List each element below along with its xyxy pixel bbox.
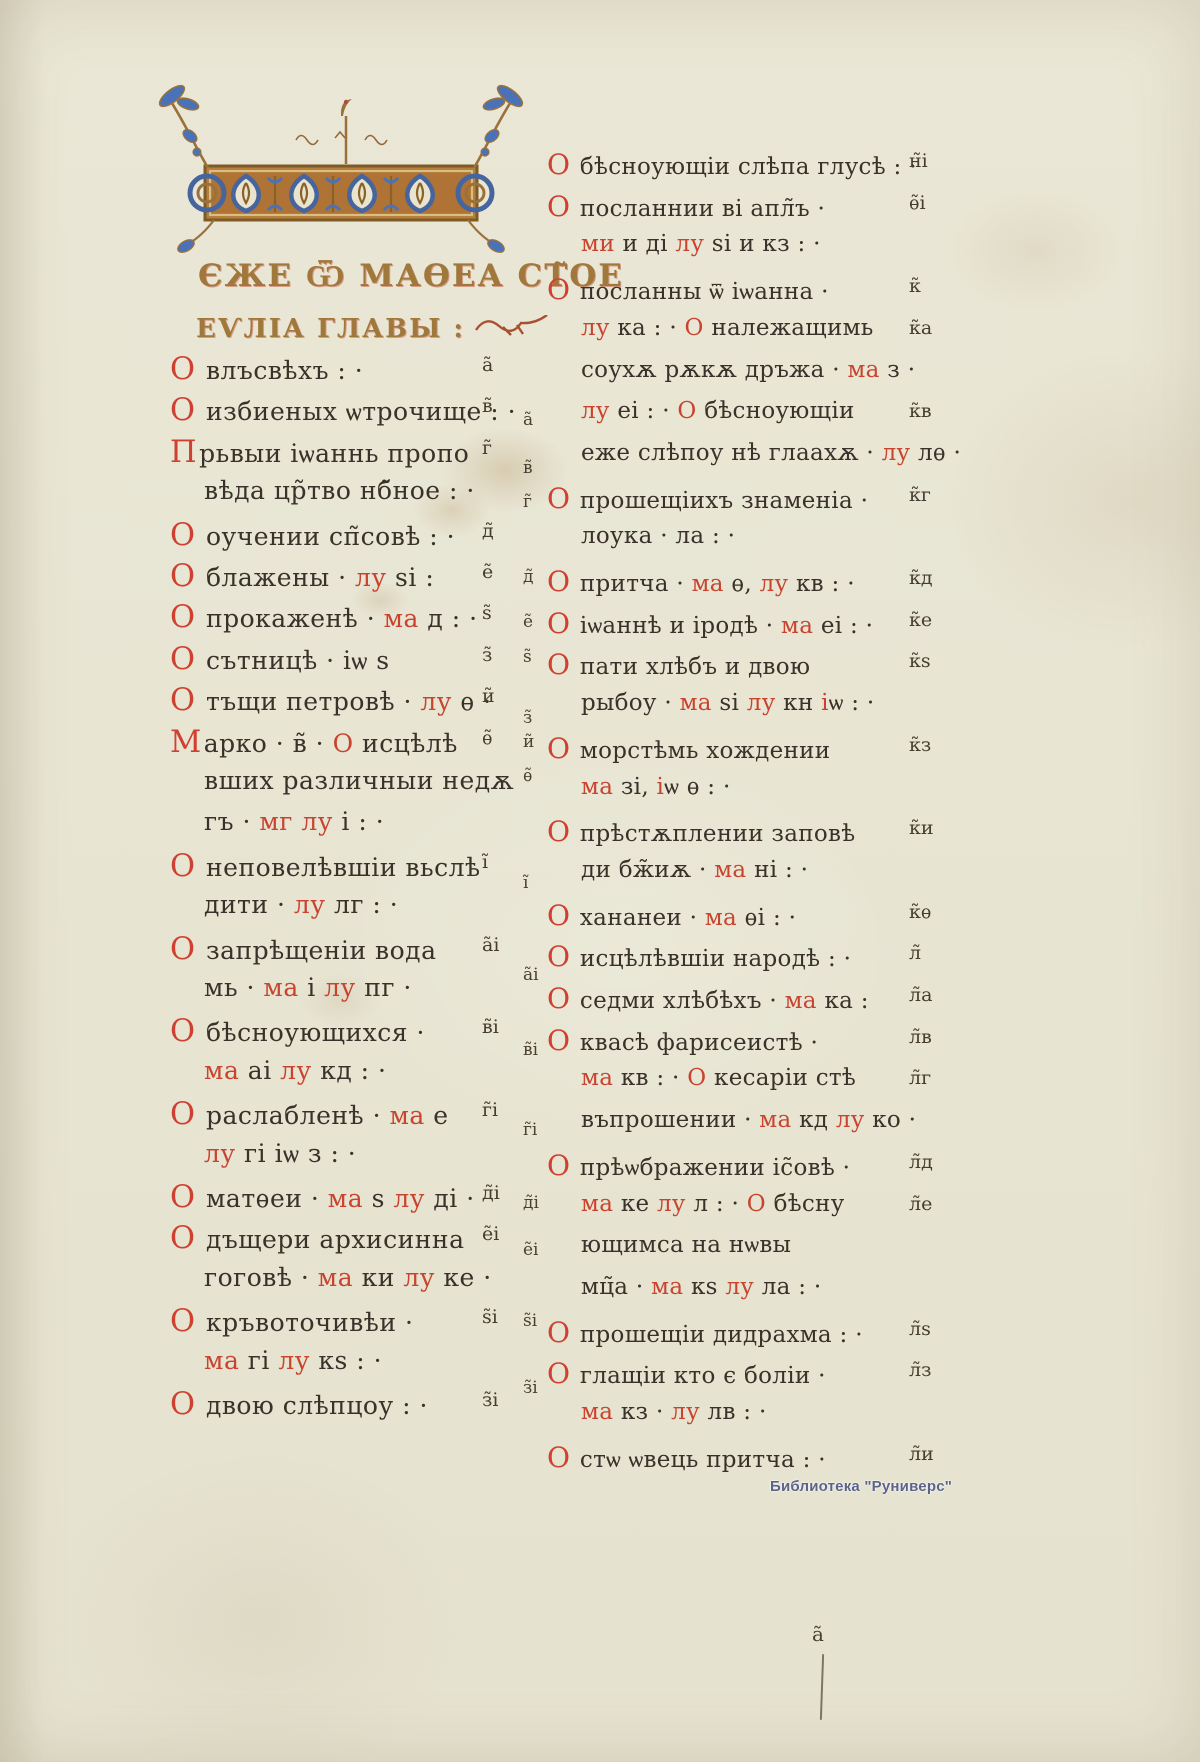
manuscript-line: О матѳеи · ма ѕ лу ді ·д̃і bbox=[170, 1180, 522, 1215]
gospel-reference: мг лу bbox=[251, 807, 333, 836]
pen-stroke-mark bbox=[820, 1654, 824, 1720]
text-run: кв : · bbox=[788, 571, 854, 597]
manuscript-line: вѣда цр̃тво нб̃ное : · bbox=[170, 476, 522, 505]
gospel-reference: лу bbox=[316, 973, 356, 1002]
text-run: і bbox=[299, 973, 316, 1002]
text-run: іѡаннѣ и іродѣ · bbox=[572, 613, 773, 639]
rubric-initial: О bbox=[547, 273, 572, 306]
manuscript-line: О посланны ѿ іѡанна ·к̃ bbox=[547, 273, 947, 306]
rubric-initial: О bbox=[170, 1221, 198, 1256]
library-watermark: Библиотека "Руниверс" bbox=[770, 1478, 952, 1495]
text-run: оучении сп̃совѣ : · bbox=[198, 522, 456, 551]
margin-chapter-number: ѳ̃і bbox=[909, 192, 926, 214]
gospel-reference: ма bbox=[581, 1399, 613, 1425]
page-title-line-2: ЕѴЛІА ГЛАВЫ : bbox=[196, 314, 557, 346]
text-run: бѣсноующіи слѣпа глусѣ : · bbox=[572, 154, 916, 180]
text-run: гі bbox=[239, 1346, 270, 1375]
rubric-initial: О bbox=[547, 1149, 572, 1182]
text-run: л : · bbox=[686, 1191, 739, 1217]
gospel-reference: лу bbox=[739, 690, 775, 716]
text-run: ѡ ѳ : · bbox=[664, 774, 730, 800]
margin-chapter-number: з̃і bbox=[482, 1389, 498, 1411]
text-run: сътницѣ · іѡ ѕ bbox=[198, 646, 390, 675]
manuscript-line: О прошещіи дидрахма : ·л̃ѕ bbox=[547, 1316, 947, 1349]
margin-chapter-number: к̃е bbox=[909, 609, 932, 631]
text-run: и ді bbox=[615, 231, 668, 257]
margin-chapter-number: л̃в bbox=[909, 1026, 932, 1048]
gutter-numeral: и̃ bbox=[523, 732, 534, 752]
gospel-reference: О bbox=[324, 729, 353, 758]
text-run: ні : · bbox=[746, 857, 808, 883]
gospel-reference: ма bbox=[581, 1065, 613, 1091]
gospel-reference: і bbox=[649, 774, 664, 800]
text-run: прѣстѫплении заповѣ bbox=[572, 821, 855, 847]
text-run: квасѣ фарисеистѣ · bbox=[572, 1030, 818, 1056]
text-run: д : · bbox=[419, 604, 478, 633]
gospel-reference: О bbox=[677, 315, 704, 341]
gospel-reference: лу bbox=[204, 1139, 236, 1168]
text-run: кѕ : · bbox=[310, 1346, 382, 1375]
rubric-initial: О bbox=[547, 1441, 572, 1474]
title-flourish-icon bbox=[473, 315, 557, 346]
margin-chapter-number: л̃ bbox=[909, 942, 921, 964]
gospel-reference: лу bbox=[581, 315, 610, 341]
gospel-reference: ма bbox=[581, 1191, 613, 1217]
manuscript-line: О стѡ ѡвець притча : ·л̃и bbox=[547, 1441, 947, 1474]
gutter-numeral: д̃ bbox=[523, 567, 533, 587]
manuscript-line: О влъсвѣхъ : ·а̃ bbox=[170, 352, 522, 387]
gospel-reference: лу bbox=[385, 1184, 425, 1213]
manuscript-line: мь · ма і лу пг · bbox=[170, 973, 522, 1002]
manuscript-line: О запрѣщеніи водаа̃і bbox=[170, 932, 522, 967]
rubric-initial: О bbox=[170, 393, 198, 428]
margin-chapter-number: к̃ bbox=[909, 275, 921, 297]
text-run: ка : · bbox=[610, 315, 677, 341]
margin-chapter-number: в̃ bbox=[482, 395, 493, 417]
text-run: лоука · ла : · bbox=[581, 523, 735, 549]
manuscript-line: О двою слѣпцоу : ·з̃і bbox=[170, 1387, 522, 1422]
gospel-reference: і bbox=[813, 690, 828, 716]
text-run: ющимса на нѡвы bbox=[581, 1232, 791, 1258]
margin-chapter-number: к̃з bbox=[909, 734, 931, 756]
text-run: ди бж̃иѫ · bbox=[581, 857, 707, 883]
text-run: аі bbox=[239, 1056, 271, 1085]
text-run: арко · в̃ · bbox=[204, 729, 324, 758]
text-run: вѣда цр̃тво нб̃ное : · bbox=[204, 476, 475, 505]
manuscript-line: О хананеи · ма ѳі : ·к̃ѳ bbox=[547, 899, 947, 932]
text-run: ке bbox=[613, 1191, 649, 1217]
margin-chapter-number: з̃ bbox=[482, 644, 492, 666]
gutter-numeral: д̃і bbox=[523, 1193, 539, 1213]
gospel-reference: лу bbox=[581, 398, 610, 424]
gutter-numeral: і̃ bbox=[523, 873, 528, 893]
text-run: кесаріи стѣ bbox=[706, 1065, 856, 1091]
manuscript-line: ма ке лу л : · О бѣснул̃е bbox=[547, 1191, 947, 1217]
margin-chapter-number: е̃ bbox=[482, 561, 493, 583]
margin-chapter-number: л̃з bbox=[909, 1359, 931, 1381]
gospel-reference: лу bbox=[649, 1191, 685, 1217]
text-run: прошещіи дидрахма : · bbox=[572, 1322, 863, 1348]
manuscript-line: О избиеных ѡтрочище : ·в̃ bbox=[170, 393, 522, 428]
manuscript-line: ющимса на нѡвы bbox=[547, 1232, 947, 1258]
gospel-reference: лу bbox=[668, 231, 704, 257]
manuscript-line: лу еі : · О бѣсноующіик̃в bbox=[547, 398, 947, 424]
gospel-reference: ма bbox=[684, 571, 724, 597]
manuscript-line: вших различныи недѫ bbox=[170, 766, 522, 795]
rubric-initial: П bbox=[170, 435, 199, 470]
rubric-initial: О bbox=[547, 565, 572, 598]
text-run: исцѣлѣвшіи народѣ : · bbox=[572, 946, 851, 972]
text-run: і : · bbox=[333, 807, 384, 836]
manuscript-line: О посланнии ві апл̃ъ ·ѳ̃і bbox=[547, 190, 947, 223]
rubric-initial: О bbox=[547, 1316, 572, 1349]
manuscript-line: ма кв : · О кесаріи стѣл̃г bbox=[547, 1065, 947, 1091]
text-run: притча · bbox=[572, 571, 684, 597]
text-run: ка : bbox=[817, 988, 869, 1014]
text-run: морстѣмь хождении bbox=[572, 738, 830, 764]
gutter-numeral: ѕ̃ bbox=[523, 647, 532, 667]
margin-chapter-number: к̃ѳ bbox=[909, 901, 931, 923]
gospel-reference: ма bbox=[581, 774, 613, 800]
margin-chapter-number: г̃і bbox=[482, 1099, 498, 1121]
rubric-initial: О bbox=[547, 190, 572, 223]
text-run: еі : · bbox=[813, 613, 873, 639]
manuscript-line: О притча · ма ѳ, лу кв : ·к̃д bbox=[547, 565, 947, 598]
manuscript-line: соухѫ рѫкѫ дръжа · ма з · bbox=[547, 357, 947, 383]
margin-chapter-number: к̃д bbox=[909, 567, 933, 589]
gospel-reference: ма bbox=[319, 1184, 363, 1213]
text-run: избиеных ѡтрочище : · bbox=[198, 397, 517, 426]
manuscript-line: лу ка : · О належащимьк̃а bbox=[547, 315, 947, 341]
rubric-initial: О bbox=[170, 559, 198, 594]
manuscript-line: О сътницѣ · іѡ ѕз̃ bbox=[170, 642, 522, 677]
text-run: соухѫ рѫкѫ дръжа · bbox=[581, 357, 840, 383]
gutter-numeral: г̃і bbox=[523, 1120, 537, 1140]
rubric-initial: О bbox=[547, 940, 572, 973]
rubric-initial: О bbox=[170, 1180, 198, 1215]
manuscript-line: гоговѣ · ма ки лу ке · bbox=[170, 1263, 522, 1292]
gospel-reference: ми bbox=[581, 231, 615, 257]
rubric-initial: О bbox=[170, 1014, 198, 1049]
margin-chapter-number: к̃г bbox=[909, 484, 931, 506]
text-run: гоговѣ · bbox=[204, 1263, 309, 1292]
gospel-reference: О bbox=[670, 398, 697, 424]
gospel-reference: ма bbox=[697, 905, 737, 931]
manuscript-line: Марко · в̃ · О исцѣлѣѳ̃ bbox=[170, 725, 522, 760]
manuscript-line: О квасѣ фарисеистѣ ·л̃в bbox=[547, 1024, 947, 1057]
text-run: гі іѡ з : · bbox=[236, 1139, 357, 1168]
text-run: бѣсноующіи bbox=[697, 398, 855, 424]
text-run: еі : · bbox=[610, 398, 670, 424]
rubric-initial: О bbox=[170, 642, 198, 677]
margin-chapter-number: д̃і bbox=[482, 1182, 500, 1204]
margin-chapter-number: л̃а bbox=[909, 984, 932, 1006]
text-run: ке · bbox=[435, 1263, 492, 1292]
manuscript-line: О прѣстѫплении заповѣк̃и bbox=[547, 815, 947, 848]
rubric-initial: О bbox=[547, 815, 572, 848]
gospel-reference: ма bbox=[255, 973, 299, 1002]
manuscript-line: ма кз · лу лв : · bbox=[547, 1399, 947, 1425]
margin-chapter-number: л̃ѕ bbox=[909, 1318, 931, 1340]
manuscript-line: О глащіи кто є боліи ·л̃з bbox=[547, 1357, 947, 1390]
manuscript-line: дити · лу лг : · bbox=[170, 890, 522, 919]
text-run: матѳеи · bbox=[198, 1184, 320, 1213]
manuscript-line: О пати хлѣбъ и двоюк̃ѕ bbox=[547, 648, 947, 681]
gospel-reference: ма bbox=[777, 988, 817, 1014]
text-run: ѕі bbox=[712, 690, 739, 716]
margin-chapter-number: ѕ̃і bbox=[482, 1306, 498, 1328]
gospel-reference: лу bbox=[412, 687, 452, 716]
gospel-reference: лу bbox=[718, 1274, 754, 1300]
text-run: кѕ bbox=[683, 1274, 717, 1300]
margin-chapter-number: г̃ bbox=[482, 437, 492, 459]
gospel-reference: лу bbox=[395, 1263, 435, 1292]
manuscript-line: О прѣѡбражении іс̃овѣ ·л̃д bbox=[547, 1149, 947, 1182]
manuscript-line: О морстѣмь хождениик̃з bbox=[547, 732, 947, 765]
gospel-reference: ма bbox=[773, 613, 813, 639]
manuscript-line: лоука · ла : · bbox=[547, 523, 947, 549]
margin-chapter-number: е̃і bbox=[482, 1223, 499, 1245]
rubric-initial: О bbox=[547, 1357, 572, 1390]
rubric-initial: О bbox=[170, 1304, 198, 1339]
manuscript-line: О прошещіихъ знаменіа ·к̃г bbox=[547, 482, 947, 515]
manuscript-line: О исцѣлѣвшіи народѣ : ·л̃ bbox=[547, 940, 947, 973]
margin-chapter-number: л̃е bbox=[909, 1193, 932, 1215]
manuscript-line: еже слѣпоу нѣ глаахѫ · лу лѳ · bbox=[547, 440, 947, 466]
page-title-line-2-text: ЕѴЛІА ГЛАВЫ : bbox=[196, 314, 465, 344]
manuscript-line: О блажены · лу ѕі :е̃ bbox=[170, 559, 522, 594]
text-run: ки bbox=[353, 1263, 395, 1292]
text-run: посланнии ві апл̃ъ · bbox=[572, 196, 825, 222]
margin-chapter-number: н̃і bbox=[909, 150, 928, 172]
gospel-reference: лу bbox=[874, 440, 910, 466]
gospel-reference: лу bbox=[272, 1056, 312, 1085]
margin-chapter-number: к̃и bbox=[909, 817, 934, 839]
margin-chapter-number: к̃ѕ bbox=[909, 650, 931, 672]
manuscript-line: О дъщери архисиннае̃і bbox=[170, 1221, 522, 1256]
gospel-reference: ма bbox=[672, 690, 712, 716]
rubric-initial: О bbox=[170, 683, 198, 718]
gutter-numeral: а̃і bbox=[523, 965, 539, 985]
text-run: седми хлѣбѣхъ · bbox=[572, 988, 777, 1014]
rubric-initial: О bbox=[547, 648, 572, 681]
text-run: кз · bbox=[613, 1399, 663, 1425]
text-run: лв : · bbox=[700, 1399, 767, 1425]
text-run: е bbox=[425, 1101, 449, 1130]
text-run: кръвоточивѣи · bbox=[198, 1308, 414, 1337]
gospel-reference: ма bbox=[204, 1056, 239, 1085]
manuscript-line: О раслабленѣ · ма ег̃і bbox=[170, 1097, 522, 1132]
text-run: кн bbox=[776, 690, 814, 716]
quire-mark: а̃ bbox=[812, 1622, 824, 1646]
rubric-initial: М bbox=[170, 725, 204, 760]
gospel-reference: лу bbox=[664, 1399, 700, 1425]
manuscript-line: мц̃а · ма кѕ лу ла : · bbox=[547, 1274, 947, 1300]
text-run: ѡ : · bbox=[829, 690, 875, 716]
text-run: тъщи петровѣ · bbox=[198, 687, 412, 716]
gospel-reference: ма bbox=[309, 1263, 353, 1292]
rubric-initial: О bbox=[170, 1097, 198, 1132]
text-run: лг : · bbox=[326, 890, 399, 919]
text-run: ѕі и кз : · bbox=[704, 231, 821, 257]
manuscript-line: ми и ді лу ѕі и кз : · bbox=[547, 231, 947, 257]
rubric-initial: О bbox=[170, 518, 198, 553]
manuscript-page: ЄЖЕ Ѿ МАѲЕА СТ̃ОЕ ЕѴЛІА ГЛАВЫ : О влъсвѣ… bbox=[0, 0, 1200, 1762]
gutter-numeral: в̃ bbox=[523, 458, 533, 478]
rubric-initial: О bbox=[547, 148, 572, 181]
rubric-initial: О bbox=[170, 849, 198, 884]
rubric-initial: О bbox=[170, 352, 198, 387]
manuscript-line: О неповелѣвшіи вьслѣі̃ bbox=[170, 849, 522, 884]
margin-chapter-number: і̃ bbox=[482, 851, 488, 873]
text-run: дити · bbox=[204, 890, 285, 919]
manuscript-line: О прокаженѣ · ма д : ·ѕ̃ bbox=[170, 600, 522, 635]
gutter-numeral: з̃і bbox=[523, 1378, 538, 1398]
gospel-reference: лу bbox=[285, 890, 325, 919]
text-run: зі, bbox=[613, 774, 649, 800]
text-run: рыбоу · bbox=[581, 690, 672, 716]
rubric-initial: О bbox=[170, 932, 198, 967]
manuscript-line: въпрошении · ма кд лу ко · bbox=[547, 1107, 947, 1133]
text-run: прѣѡбражении іс̃овѣ · bbox=[572, 1155, 850, 1181]
manuscript-line: О бѣсноующихся ·в̃і bbox=[170, 1014, 522, 1049]
gospel-reference: ма bbox=[644, 1274, 684, 1300]
manuscript-line: О іѡаннѣ и іродѣ · ма еі : ·к̃е bbox=[547, 607, 947, 640]
rubric-initial: О bbox=[547, 1024, 572, 1057]
text-run: ѳі : · bbox=[737, 905, 796, 931]
rubric-initial: О bbox=[547, 982, 572, 1015]
manuscript-line: гъ · мг лу і : · bbox=[170, 807, 522, 836]
margin-chapter-number: в̃і bbox=[482, 1016, 499, 1038]
text-run: ѕі : bbox=[387, 563, 435, 592]
rubric-initial: О bbox=[170, 1387, 198, 1422]
manuscript-line: Прьвыи іѡаннь пропог̃ bbox=[170, 435, 522, 470]
text-run: бѣсноующихся · bbox=[198, 1018, 425, 1047]
manuscript-line: О кръвоточивѣи ·ѕ̃і bbox=[170, 1304, 522, 1339]
gospel-reference: лу bbox=[752, 571, 788, 597]
text-run: ѳ, bbox=[724, 571, 752, 597]
text-run: хананеи · bbox=[572, 905, 697, 931]
text-run: вших различныи недѫ bbox=[204, 766, 514, 795]
gutter-numeral: з̃ bbox=[523, 708, 532, 728]
text-run: кд bbox=[792, 1107, 829, 1133]
margin-chapter-number: а̃ bbox=[482, 354, 493, 376]
text-run: мь · bbox=[204, 973, 255, 1002]
text-run: ді · bbox=[425, 1184, 475, 1213]
margin-chapter-number: ѕ̃ bbox=[482, 602, 492, 624]
gutter-numeral: е̃ bbox=[523, 612, 533, 632]
rubric-initial: О bbox=[547, 899, 572, 932]
text-run: двою слѣпцоу : · bbox=[198, 1391, 428, 1420]
manuscript-line: рыбоу · ма ѕі лу кн іѡ : · bbox=[547, 690, 947, 716]
gospel-reference: лу bbox=[347, 563, 387, 592]
gutter-numeral: в̃і bbox=[523, 1040, 538, 1060]
manuscript-line: ма зі, іѡ ѳ : · bbox=[547, 774, 947, 800]
gospel-reference: лу bbox=[828, 1107, 864, 1133]
text-run: бѣсну bbox=[766, 1191, 845, 1217]
margin-chapter-number: ѳ̃ bbox=[482, 727, 493, 749]
gospel-reference: ма bbox=[375, 604, 419, 633]
text-run: з · bbox=[880, 357, 916, 383]
text-run: мц̃а · bbox=[581, 1274, 644, 1300]
manuscript-line: лу гі іѡ з : · bbox=[170, 1139, 522, 1169]
margin-chapter-number: и̃ bbox=[482, 685, 495, 707]
margin-chapter-number: л̃г bbox=[909, 1067, 931, 1089]
margin-chapter-number: д̃ bbox=[482, 520, 494, 542]
gutter-numeral: ѳ̃ bbox=[523, 766, 532, 786]
text-run: посланны ѿ іѡанна · bbox=[572, 279, 828, 305]
gospel-reference: лу bbox=[270, 1346, 310, 1375]
gutter-numeral: г̃ bbox=[523, 492, 532, 512]
text-run: раслабленѣ · bbox=[198, 1101, 382, 1130]
rubric-initial: О bbox=[170, 600, 198, 635]
text-run: ѕ bbox=[363, 1184, 385, 1213]
text-run: влъсвѣхъ : · bbox=[198, 356, 364, 385]
gospel-reference: ма bbox=[381, 1101, 425, 1130]
rubric-initial: О bbox=[547, 482, 572, 515]
gutter-numeral: а̃ bbox=[523, 410, 533, 430]
text-run: запрѣщеніи вода bbox=[198, 936, 437, 965]
text-run: належащимь bbox=[704, 315, 874, 341]
margin-chapter-number: к̃а bbox=[909, 317, 932, 339]
rubric-initial: О bbox=[547, 732, 572, 765]
margin-chapter-number: л̃и bbox=[909, 1443, 934, 1465]
gospel-reference: ма bbox=[204, 1346, 239, 1375]
gospel-reference: ма bbox=[752, 1107, 792, 1133]
text-run: кв : · bbox=[613, 1065, 679, 1091]
manuscript-line: О тъщи петровѣ · лу ѳ ·и̃ bbox=[170, 683, 522, 718]
margin-chapter-number: а̃і bbox=[482, 934, 499, 956]
gospel-reference: ма bbox=[840, 357, 880, 383]
manuscript-line: ма гі лу кѕ : · bbox=[170, 1346, 522, 1375]
text-run: глащіи кто є боліи · bbox=[572, 1363, 825, 1389]
text-run: рьвыи іѡаннь пропо bbox=[199, 439, 469, 468]
text-run: прокаженѣ · bbox=[198, 604, 376, 633]
text-run: еже слѣпоу нѣ глаахѫ · bbox=[581, 440, 874, 466]
gutter-numeral: е̃і bbox=[523, 1240, 539, 1260]
text-run: прошещіихъ знаменіа · bbox=[572, 488, 868, 514]
text-run: лѳ · bbox=[910, 440, 961, 466]
text-run: ла : · bbox=[754, 1274, 821, 1300]
text-run: въпрошении · bbox=[581, 1107, 752, 1133]
manuscript-line: ди бж̃иѫ · ма ні : · bbox=[547, 857, 947, 883]
text-run: стѡ ѡвець притча : · bbox=[572, 1447, 826, 1473]
text-run: пг · bbox=[356, 973, 412, 1002]
headpiece-ornament bbox=[150, 78, 540, 256]
gospel-reference: О bbox=[680, 1065, 707, 1091]
gutter-numeral: ѕ̃і bbox=[523, 1311, 537, 1331]
text-run: гъ · bbox=[204, 807, 251, 836]
gospel-reference: О bbox=[739, 1191, 766, 1217]
text-run: ко · bbox=[865, 1107, 917, 1133]
text-run: кд : · bbox=[312, 1056, 387, 1085]
manuscript-line: О седми хлѣбѣхъ · ма ка :л̃а bbox=[547, 982, 947, 1015]
margin-chapter-number: л̃д bbox=[909, 1151, 933, 1173]
text-run: дъщери архисинна bbox=[198, 1225, 465, 1254]
manuscript-line: ма аі лу кд : · bbox=[170, 1056, 522, 1085]
rubric-initial: О bbox=[547, 607, 572, 640]
text-run: неповелѣвшіи вьслѣ bbox=[198, 853, 481, 882]
text-run: блажены · bbox=[198, 563, 347, 592]
text-run: исцѣлѣ bbox=[354, 729, 458, 758]
gospel-reference: ма bbox=[707, 857, 747, 883]
manuscript-line: О бѣсноующіи слѣпа глусѣ : ·н̃і bbox=[547, 148, 947, 181]
text-run: пати хлѣбъ и двою bbox=[572, 654, 810, 680]
manuscript-line: О оучении сп̃совѣ : ·д̃ bbox=[170, 518, 522, 553]
margin-chapter-number: к̃в bbox=[909, 400, 932, 422]
